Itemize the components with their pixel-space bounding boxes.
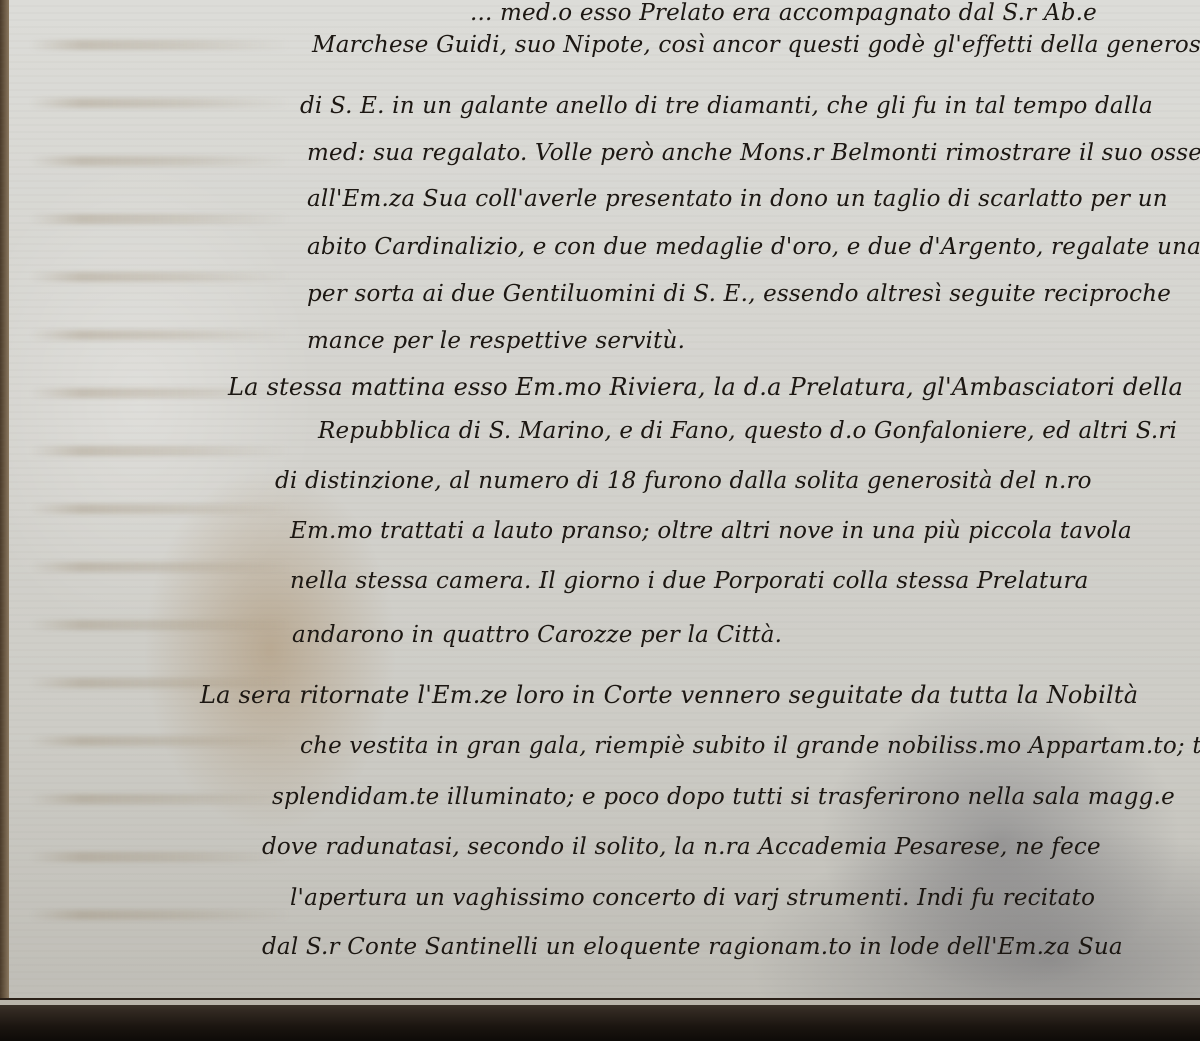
manuscript-text: ... med.o esso Prelato era accompagnato … xyxy=(0,0,1200,1000)
text-line: dove radunatasi, secondo il solito, la n… xyxy=(262,836,1101,859)
page-stack-shadow xyxy=(0,1005,1200,1041)
text-line: splendidam.te illuminato; e poco dopo tu… xyxy=(272,786,1175,809)
text-line: nella stessa camera. Il giorno i due Por… xyxy=(290,570,1089,593)
paragraph-start-line: La sera ritornate l'Em.ze loro in Corte … xyxy=(200,683,1138,707)
manuscript-page: ... med.o esso Prelato era accompagnato … xyxy=(0,0,1200,1041)
text-line: dal S.r Conte Santinelli un eloquente ra… xyxy=(262,936,1123,959)
paragraph-start-line: La stessa mattina esso Em.mo Riviera, la… xyxy=(228,375,1183,399)
text-line: Em.mo trattati a lauto pranso; oltre alt… xyxy=(290,520,1132,543)
text-line: per sorta ai due Gentiluomini di S. E., … xyxy=(307,283,1171,306)
text-line: all'Em.za Sua coll'averle presentato in … xyxy=(307,188,1168,211)
text-line: ... med.o esso Prelato era accompagnato … xyxy=(470,2,1097,25)
text-line: andarono in quattro Carozze per la Città… xyxy=(292,624,782,647)
text-line: l'apertura un vaghissimo concerto di var… xyxy=(290,887,1095,910)
text-line: mance per le respettive servitù. xyxy=(307,330,685,353)
text-line: Repubblica di S. Marino, e di Fano, ques… xyxy=(318,420,1177,443)
text-line: abito Cardinalizio, e con due medaglie d… xyxy=(307,236,1200,259)
text-line: di distinzione, al numero di 18 furono d… xyxy=(275,470,1092,493)
text-line: che vestita in gran gala, riempiè subito… xyxy=(300,735,1200,758)
text-line: med: sua regalato. Volle però anche Mons… xyxy=(307,142,1200,165)
text-line: di S. E. in un galante anello di tre dia… xyxy=(300,95,1153,118)
text-line: Marchese Guidi, suo Nipote, così ancor q… xyxy=(312,34,1200,57)
